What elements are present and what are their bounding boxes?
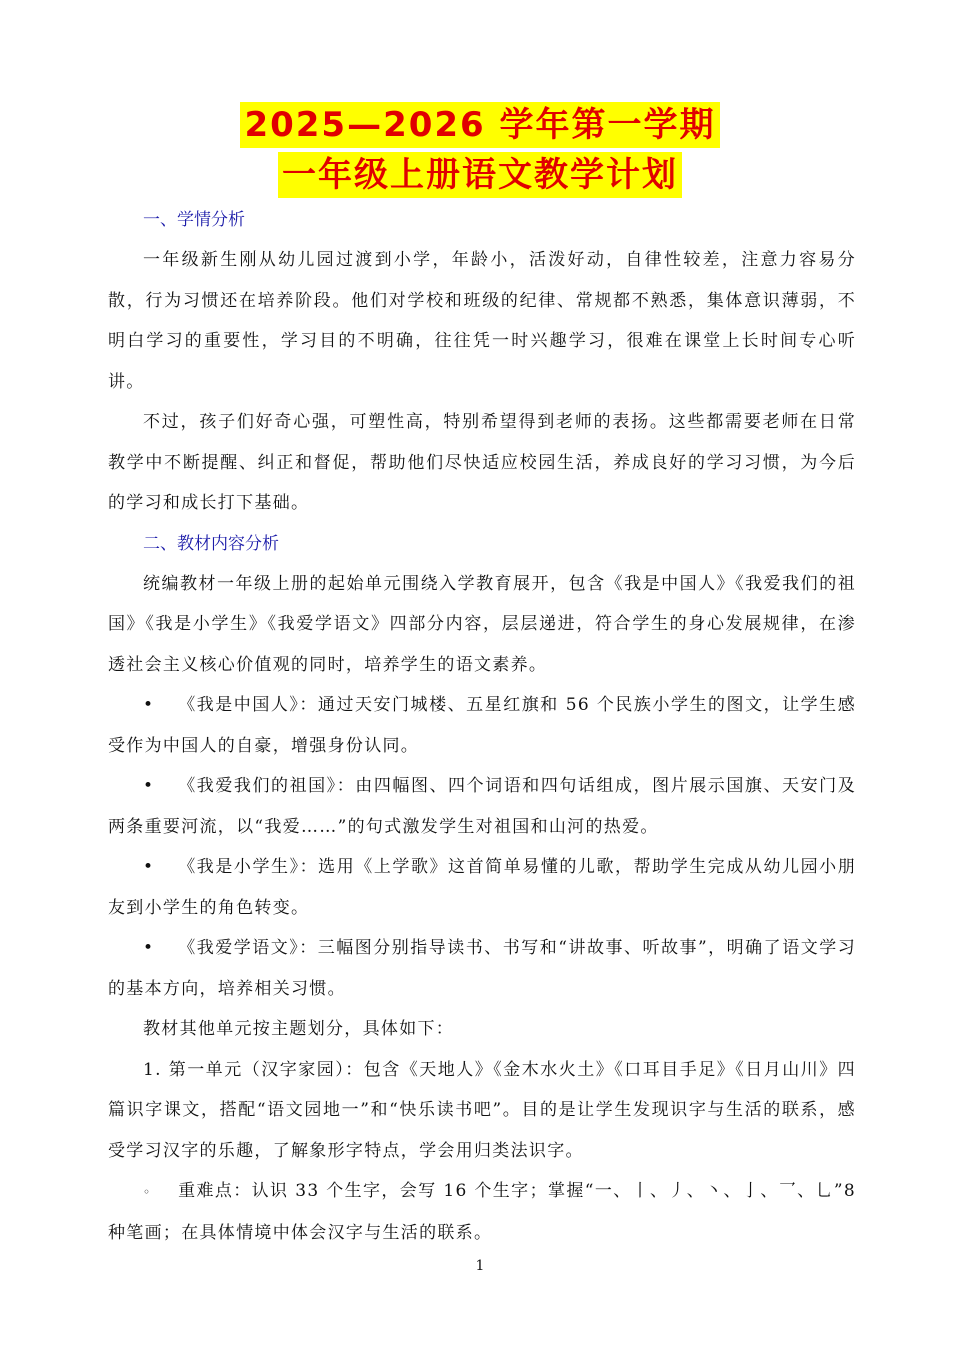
sub-bullet-item: ◦重难点：认识 33 个生字，会写 16 个生字；掌握“一、丨、丿、丶、亅、乛、…	[108, 1171, 856, 1253]
bullet-icon: •	[143, 685, 178, 726]
unit-item: 1. 第一单元（汉字家园）：包含《天地人》《金木水火土》《口耳目手足》《日月山川…	[108, 1050, 856, 1172]
document-page: 2025—2026 学年第一学期 一年级上册语文教学计划 一、学情分析 一年级新…	[0, 0, 960, 1358]
page-number: 1	[0, 1258, 960, 1274]
bullet-icon: •	[143, 847, 178, 888]
document-body: 一、学情分析 一年级新生刚从幼儿园过渡到小学，年龄小，活泼好动，自律性较差，注意…	[108, 200, 856, 1253]
bullet-icon: •	[143, 928, 178, 969]
paragraph: 教材其他单元按主题划分，具体如下：	[108, 1009, 856, 1050]
bullet-text: 《我是小学生》：选用《上学歌》这首简单易懂的儿歌，帮助学生完成从幼儿园小朋友到小…	[108, 857, 856, 918]
bullet-icon: •	[143, 766, 178, 807]
paragraph: 不过，孩子们好奇心强，可塑性高，特别希望得到老师的表扬。这些都需要老师在日常教学…	[108, 402, 856, 524]
bullet-item: •《我是中国人》：通过天安门城楼、五星红旗和 56 个民族小学生的图文，让学生感…	[108, 685, 856, 766]
bullet-text: 《我爱学语文》：三幅图分别指导读书、书写和“讲故事、听故事”，明确了语文学习的基…	[108, 938, 856, 999]
section-heading-1: 一、学情分析	[108, 200, 856, 240]
document-title: 2025—2026 学年第一学期 一年级上册语文教学计划	[0, 102, 960, 198]
paragraph: 一年级新生刚从幼儿园过渡到小学，年龄小，活泼好动，自律性较差，注意力容易分散，行…	[108, 240, 856, 402]
bullet-item: •《我爱学语文》：三幅图分别指导读书、书写和“讲故事、听故事”，明确了语文学习的…	[108, 928, 856, 1009]
bullet-text: 《我爱我们的祖国》：由四幅图、四个词语和四句话组成，图片展示国旗、天安门及两条重…	[108, 776, 856, 837]
bullet-item: •《我是小学生》：选用《上学歌》这首简单易懂的儿歌，帮助学生完成从幼儿园小朋友到…	[108, 847, 856, 928]
circle-bullet-icon: ◦	[143, 1172, 178, 1213]
paragraph: 统编教材一年级上册的起始单元围绕入学教育展开，包含《我是中国人》《我爱我们的祖国…	[108, 564, 856, 686]
title-line-1: 2025—2026 学年第一学期	[240, 102, 719, 148]
title-line-2: 一年级上册语文教学计划	[278, 152, 682, 198]
sub-bullet-text: 重难点：认识 33 个生字，会写 16 个生字；掌握“一、丨、丿、丶、亅、乛、乚…	[108, 1181, 856, 1243]
section-heading-2: 二、教材内容分析	[108, 524, 856, 564]
bullet-text: 《我是中国人》：通过天安门城楼、五星红旗和 56 个民族小学生的图文，让学生感受…	[108, 695, 856, 756]
bullet-item: •《我爱我们的祖国》：由四幅图、四个词语和四句话组成，图片展示国旗、天安门及两条…	[108, 766, 856, 847]
